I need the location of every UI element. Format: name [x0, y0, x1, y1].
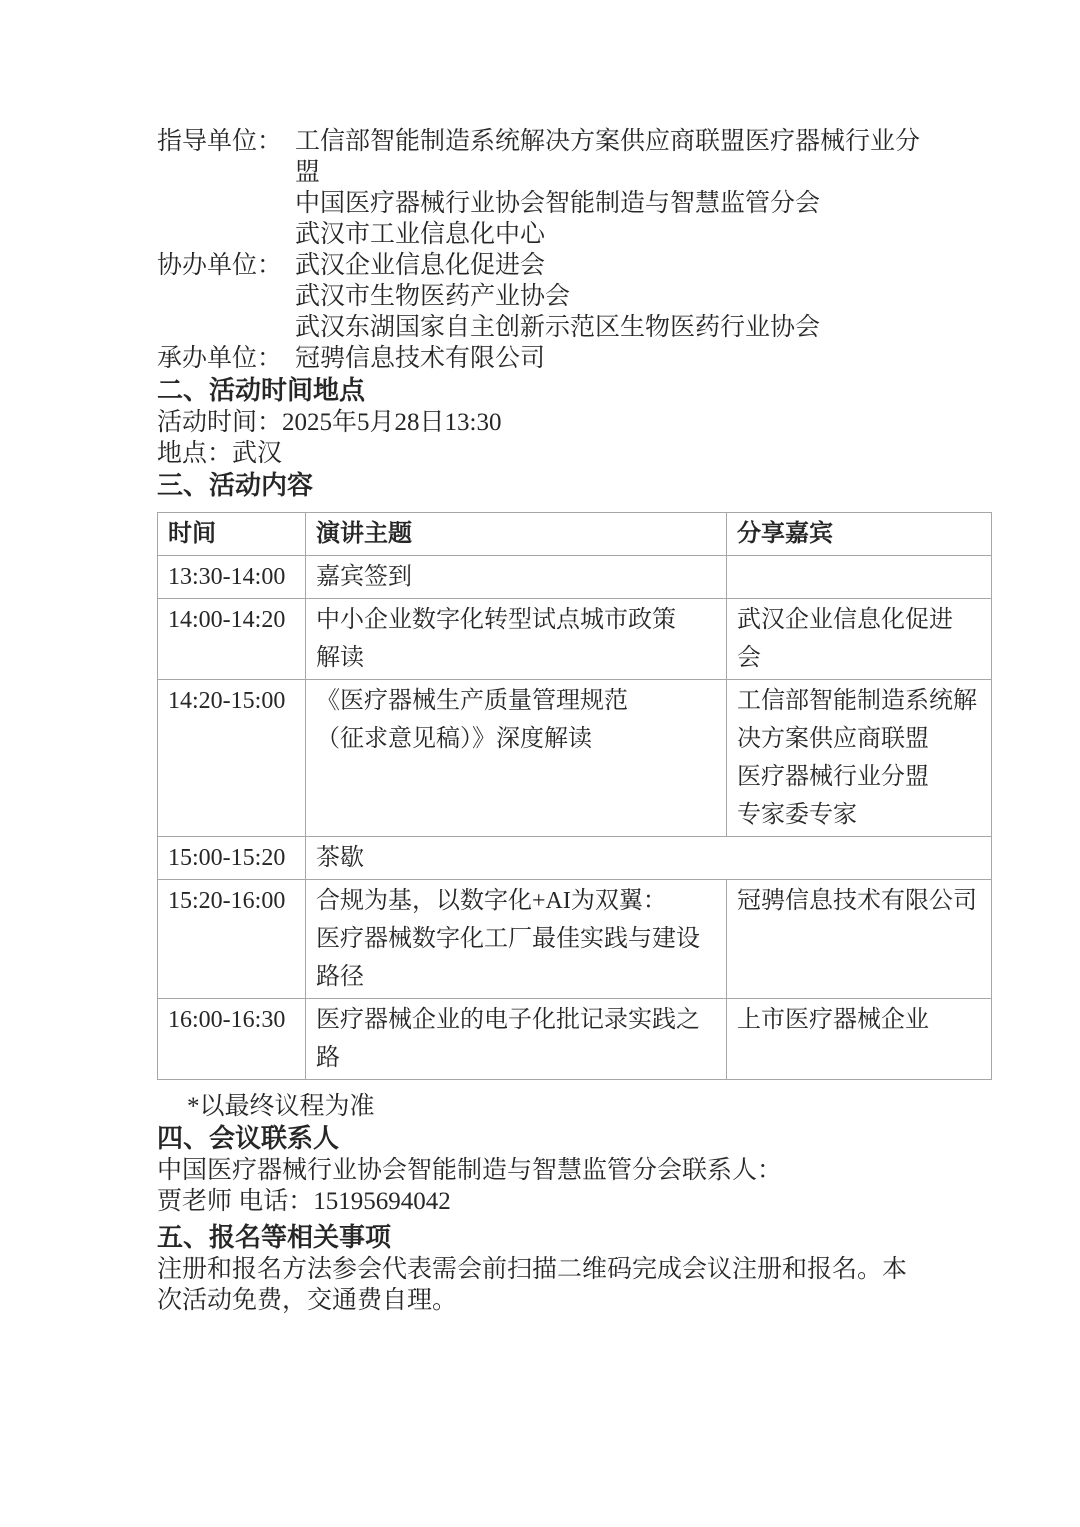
agenda-time-cell: 14:20-15:00: [158, 680, 306, 837]
agenda-header-topic: 演讲主题: [306, 513, 727, 556]
section-heading-time-place: 二、活动时间地点: [157, 375, 991, 406]
agenda-row: 14:20-15:00 《医疗器械生产质量管理规范 （征求意见稿）》深度解读 工…: [158, 680, 992, 837]
agenda-row: 15:20-16:00 合规为基，以数字化+AI为双翼： 医疗器械数字化工厂最佳…: [158, 880, 992, 999]
event-time-line: 活动时间：2025年5月28日13:30: [157, 407, 991, 438]
agenda-topic-cell: 茶歇: [306, 837, 992, 880]
agenda-topic-cell: 《医疗器械生产质量管理规范 （征求意见稿）》深度解读: [306, 680, 727, 837]
agenda-speaker-cell: 武汉企业信息化促进 会: [727, 599, 992, 680]
agenda-disclaimer-note: *以最终议程为准: [187, 1091, 991, 1122]
guiding-unit-line: 工信部智能制造系统解决方案供应商联盟医疗器械行业分 盟: [295, 126, 991, 188]
host-unit-label: 承办单位：: [157, 343, 295, 374]
agenda-topic-cell: 医疗器械企业的电子化批记录实践之 路: [306, 999, 727, 1080]
agenda-time-cell: 13:30-14:00: [158, 556, 306, 599]
agenda-time-cell: 15:20-16:00: [158, 880, 306, 999]
host-unit-line: 冠骋信息技术有限公司: [295, 343, 991, 374]
host-unit-row: 承办单位： 冠骋信息技术有限公司: [157, 343, 991, 374]
agenda-header-time: 时间: [158, 513, 306, 556]
section-heading-signup: 五、报名等相关事项: [157, 1222, 991, 1253]
host-unit-values: 冠骋信息技术有限公司: [295, 343, 991, 374]
agenda-speaker-cell: [727, 556, 992, 599]
organizers-block: 指导单位： 工信部智能制造系统解决方案供应商联盟医疗器械行业分 盟 中国医疗器械…: [157, 126, 991, 374]
agenda-speaker-cell: 工信部智能制造系统解 决方案供应商联盟 医疗器械行业分盟 专家委专家: [727, 680, 992, 837]
agenda-topic-cell: 合规为基，以数字化+AI为双翼： 医疗器械数字化工厂最佳实践与建设 路径: [306, 880, 727, 999]
section-heading-agenda: 三、活动内容: [157, 470, 991, 501]
agenda-header-row: 时间 演讲主题 分享嘉宾: [158, 513, 992, 556]
co-organizer-unit-line: 武汉东湖国家自主创新示范区生物医药行业协会: [295, 312, 991, 343]
agenda-row: 13:30-14:00 嘉宾签到: [158, 556, 992, 599]
agenda-speaker-cell: 冠骋信息技术有限公司: [727, 880, 992, 999]
guiding-unit-line: 中国医疗器械行业协会智能制造与智慧监管分会: [295, 188, 991, 219]
co-organizer-unit-line: 武汉市生物医药产业协会: [295, 281, 991, 312]
agenda-row-break: 15:00-15:20 茶歇: [158, 837, 992, 880]
guiding-units-values: 工信部智能制造系统解决方案供应商联盟医疗器械行业分 盟 中国医疗器械行业协会智能…: [295, 126, 991, 250]
agenda-time-cell: 15:00-15:20: [158, 837, 306, 880]
guiding-units-row: 指导单位： 工信部智能制造系统解决方案供应商联盟医疗器械行业分 盟 中国医疗器械…: [157, 126, 991, 250]
agenda-topic-cell: 中小企业数字化转型试点城市政策 解读: [306, 599, 727, 680]
agenda-row: 14:00-14:20 中小企业数字化转型试点城市政策 解读 武汉企业信息化促进…: [158, 599, 992, 680]
co-organizer-unit-line: 武汉企业信息化促进会: [295, 250, 991, 281]
co-organizer-units-values: 武汉企业信息化促进会 武汉市生物医药产业协会 武汉东湖国家自主创新示范区生物医药…: [295, 250, 991, 343]
agenda-time-cell: 14:00-14:20: [158, 599, 306, 680]
spacer: [157, 1217, 991, 1221]
contact-org-line: 中国医疗器械行业协会智能制造与智慧监管分会联系人：: [157, 1155, 991, 1186]
agenda-topic-cell: 嘉宾签到: [306, 556, 727, 599]
section-heading-contact: 四、会议联系人: [157, 1123, 991, 1154]
guiding-unit-line: 武汉市工业信息化中心: [295, 219, 991, 250]
co-organizer-units-label: 协办单位：: [157, 250, 295, 281]
document-page: 指导单位： 工信部智能制造系统解决方案供应商联盟医疗器械行业分 盟 中国医疗器械…: [157, 126, 991, 1316]
agenda-table: 时间 演讲主题 分享嘉宾 13:30-14:00 嘉宾签到 14:00-14:2…: [157, 512, 992, 1080]
agenda-speaker-cell: 上市医疗器械企业: [727, 999, 992, 1080]
agenda-time-cell: 16:00-16:30: [158, 999, 306, 1080]
event-place-line: 地点：武汉: [157, 438, 991, 469]
guiding-units-label: 指导单位：: [157, 126, 295, 157]
agenda-header-speaker: 分享嘉宾: [727, 513, 992, 556]
signup-instructions: 注册和报名方法参会代表需会前扫描二维码完成会议注册和报名。本 次活动免费，交通费…: [157, 1254, 991, 1316]
contact-phone-line: 贾老师 电话：15195694042: [157, 1186, 991, 1217]
co-organizer-units-row: 协办单位： 武汉企业信息化促进会 武汉市生物医药产业协会 武汉东湖国家自主创新示…: [157, 250, 991, 343]
agenda-row: 16:00-16:30 医疗器械企业的电子化批记录实践之 路 上市医疗器械企业: [158, 999, 992, 1080]
